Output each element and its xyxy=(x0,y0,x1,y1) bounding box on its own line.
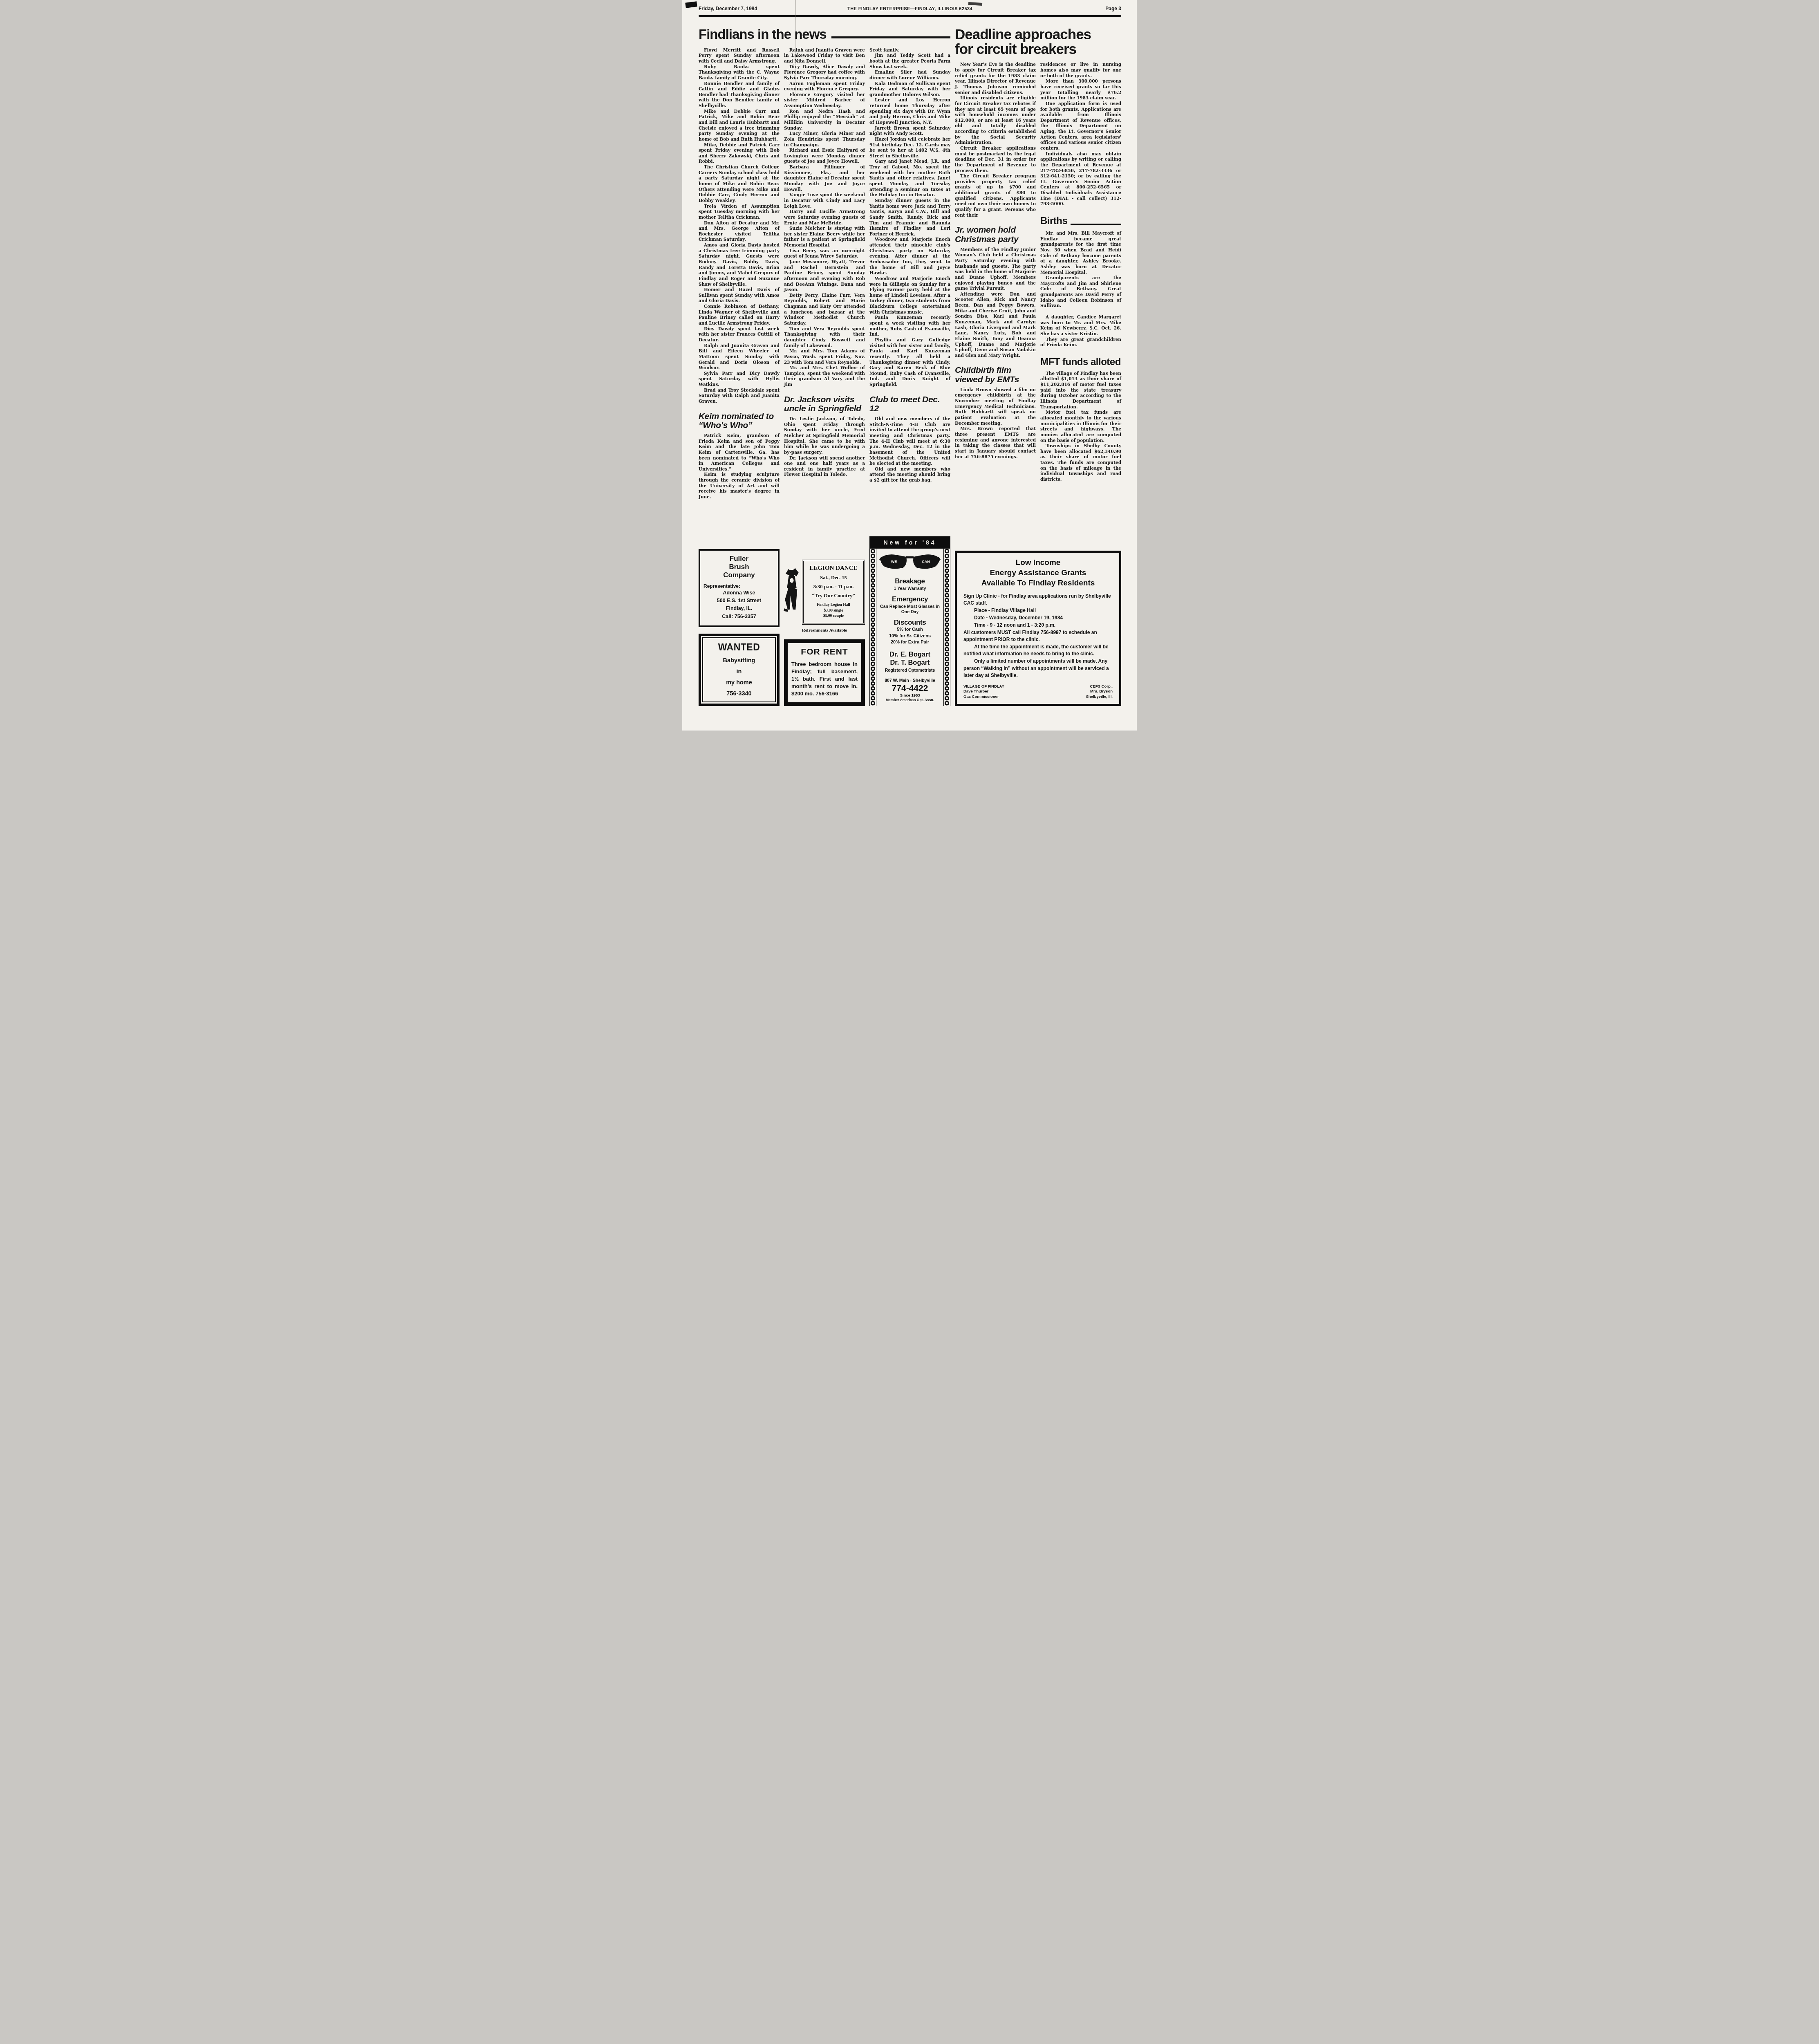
page-number: Page 3 xyxy=(1023,6,1121,11)
ad-title: Low Income Energy Assistance Grants Avai… xyxy=(963,558,1113,588)
ad-tagline: “Try Our Country” xyxy=(805,593,862,599)
mft-text: The village of Findlay has been allotted… xyxy=(1040,371,1121,483)
paragraph: Jane Messmore, Wyatt, Trevor and Rachel … xyxy=(784,260,865,293)
ad-text: Babysittinginmy home756-3340 xyxy=(703,657,775,697)
paragraph: Individuals also may obtain applications… xyxy=(1040,152,1121,207)
new-for-84-banner: New for '84 xyxy=(869,536,950,549)
paragraph: Gary and Janet Mead, J.R. and Troy of Ca… xyxy=(869,159,950,198)
paragraph: 20% for Extra Pair xyxy=(877,639,943,645)
paragraph: Tom and Vera Reynolds spent Thanksgiving… xyxy=(784,327,865,349)
ad-text: - Wednesday, December 19, 1984 xyxy=(985,615,1063,621)
headline-rule xyxy=(1071,224,1121,225)
paragraph: New Year's Eve is the deadline to apply … xyxy=(955,62,1036,96)
ad-title-line: Low Income xyxy=(963,558,1113,568)
keim-text: Patrick Keim, grandson of Frieda Keim an… xyxy=(699,433,780,500)
births-text-1: Mr. and Mrs. Bill Maycroft of Findlay be… xyxy=(1040,231,1121,309)
ad-date: Sat., Dec. 15 xyxy=(805,575,862,581)
column-3: Scott family.Jim and Teddy Scott had a b… xyxy=(869,48,950,706)
bold-label: Time xyxy=(974,622,986,628)
ad-footer: VILLAGE OF FINDLAY Dave Thurber Gas Comm… xyxy=(963,684,1113,700)
paragraph: Suzie Melcher is staying with her sister… xyxy=(784,226,865,249)
paragraph: Emaline Siler had Sunday dinner with Lor… xyxy=(869,70,950,81)
paragraph: Keim is studying sculpture through the c… xyxy=(699,472,780,500)
births-headline: Births xyxy=(1040,215,1067,227)
headline-rule xyxy=(831,36,950,38)
bold-label: PRIOR xyxy=(994,637,1010,642)
for-rent-ad: FOR RENT Three bedroom house in Findlay;… xyxy=(784,639,865,706)
ad-text: 1 Year Warranty xyxy=(877,586,943,592)
place-line: Place - Findlay Village Hall xyxy=(974,607,1113,614)
paragraph: Members of the Findlay Junior Woman's Cl… xyxy=(955,247,1036,292)
ad-text: Three bedroom house in Findlay; full bas… xyxy=(791,661,858,697)
ad-text: Mrs. Bryson xyxy=(1086,689,1113,695)
findlians-col1-text: Floyd Merritt and Russell Perry spent Su… xyxy=(699,48,780,405)
paragraph: Dicy Dawdy spent last week with her sist… xyxy=(699,327,780,343)
deadline-columns: New Year's Eve is the deadline to apply … xyxy=(955,62,1121,551)
spacer xyxy=(1040,309,1121,315)
ad-price: $3.00 single xyxy=(805,608,862,614)
deadline-section: Deadline approaches for circuit breakers… xyxy=(955,27,1121,706)
bogart-ad-content: WE CAN Breakage 1 Year Warranty Emergenc… xyxy=(876,549,943,706)
paragraph: my home xyxy=(703,679,775,686)
ad-text: Since 1953 xyxy=(877,693,943,698)
ad-address: Findlay, IL. xyxy=(703,605,775,612)
findlians-headline: Findlians in the news xyxy=(699,27,827,41)
paragraph: Sylvia Parr and Dicy Dawdy spent Saturda… xyxy=(699,371,780,388)
signup-clinic-line: Sign Up Clinic - for Findlay area applic… xyxy=(963,593,1113,607)
births-text-2: A daughter, Candice Margaret was born to… xyxy=(1040,315,1121,348)
paragraph: Paula Kunzeman recently spent a week vis… xyxy=(869,315,950,338)
paragraph: Trela Virden of Assumption spent Tuesday… xyxy=(699,204,780,221)
page-content: Findlians in the news Floyd Merritt and … xyxy=(699,27,1121,706)
paragraph: Connie Robinson of Bethany, Linda Wagner… xyxy=(699,304,780,327)
lens-text-right: CAN xyxy=(922,560,930,564)
paragraph: The village of Findlay has been allotted… xyxy=(1040,371,1121,410)
club-headline: Club to meet Dec. 12 xyxy=(869,395,950,414)
paragraph: Old and new members who attend the meeti… xyxy=(869,467,950,484)
paragraph: Lester and Loy Herron returned home Thur… xyxy=(869,98,950,126)
paragraph: Motor fuel tax funds are allocated month… xyxy=(1040,410,1121,444)
energy-assistance-ad: Low Income Energy Assistance Grants Avai… xyxy=(955,551,1121,706)
fuller-brush-ad: Fuller Brush Company Representative: Ado… xyxy=(699,549,780,627)
ad-text: Registered Optometrists xyxy=(877,668,943,673)
representative-name: Adonna Wise xyxy=(703,589,775,597)
ad-paragraph: At the time the appointment is made, the… xyxy=(963,643,1113,657)
deadline-colB-text: residences or live in nursing homes also… xyxy=(1040,62,1121,207)
newspaper-page: Friday, December 7, 1984 THE FINDLAY ENT… xyxy=(682,0,1137,731)
ad-text: Can Replace Most Glasses in One Day xyxy=(877,604,943,615)
paragraph: The Christian Church College Careers Sun… xyxy=(699,165,780,204)
bogart-optometrist-ad: New for '84 WE CAN xyxy=(869,536,950,706)
ad-text: Gas Commissioner xyxy=(963,695,1004,700)
column-5: residences or live in nursing homes also… xyxy=(1040,62,1121,551)
must-call-line: All customers MUST call Findlay 756-8997… xyxy=(963,629,1113,643)
paragraph: Lisa Beery was an overnight guest of Jen… xyxy=(784,249,865,260)
paragraph: Homer and Hazel Davis of Sullivan spent … xyxy=(699,287,780,304)
header-rule xyxy=(699,15,1121,17)
ad-price: $5.00 couple xyxy=(805,614,862,619)
paragraph: The Circuit Breaker program provides pro… xyxy=(955,174,1036,218)
ad-title-line: Energy Assistance Grants xyxy=(963,568,1113,578)
paragraph: Mr. and Mrs. Bill Maycroft of Findlay be… xyxy=(1040,231,1121,276)
findlians-section: Findlians in the news Floyd Merritt and … xyxy=(699,27,950,706)
lens-text-left: WE xyxy=(891,560,897,564)
ad-address: 807 W. Main - Shelbyville xyxy=(877,678,943,683)
ad-body: Sign Up Clinic - for Findlay area applic… xyxy=(963,593,1113,679)
bold-label: MUST xyxy=(997,630,1011,635)
ad-address: 500 E.S. 1st Street xyxy=(703,597,775,605)
date-line: Date - Wednesday, December 19, 1984 xyxy=(974,614,1113,621)
doctor-name: Dr. E. Bogart xyxy=(877,651,943,659)
masthead: THE FINDLAY ENTERPRISE—FINDLAY, ILLINOIS… xyxy=(797,7,1023,11)
bold-label: Date xyxy=(974,615,985,621)
mft-headline: MFT funds alloted xyxy=(1040,356,1121,368)
ad-time: 8:30 p.m. - 11 p.m. xyxy=(805,584,862,590)
ad-title: LEGION DANCE xyxy=(805,565,862,572)
paragraph: Linda Brown showed a film on emergency c… xyxy=(955,388,1036,426)
childbirth-text: Linda Brown showed a film on emergency c… xyxy=(955,388,1036,460)
jr-women-text: Members of the Findlay Junior Woman's Cl… xyxy=(955,247,1036,359)
scan-artifact xyxy=(968,2,982,6)
paragraph: They are great grandchildren of Frieda K… xyxy=(1040,337,1121,348)
ad-text: - 9 - 12 noon and 1 - 3:20 p.m. xyxy=(986,622,1055,628)
paragraph: 756-3340 xyxy=(703,690,775,697)
paragraph: Mr. and Mrs. Tom Adams of Pasco, Wash. s… xyxy=(784,349,865,365)
ad-paragraph: Only a limited number of appointments wi… xyxy=(963,658,1113,679)
time-line: Time - 9 - 12 noon and 1 - 3:20 p.m. xyxy=(974,622,1113,629)
findlians-col3-text: Scott family.Jim and Teddy Scott had a b… xyxy=(869,48,950,388)
ad-phone: Call: 756-3357 xyxy=(703,613,775,621)
column-1: Floyd Merritt and Russell Perry spent Su… xyxy=(699,48,780,706)
ad-heading: Emergency xyxy=(877,595,943,603)
paragraph: Floyd Merritt and Russell Perry spent Su… xyxy=(699,48,780,65)
deadline-headline: Deadline approaches for circuit breakers xyxy=(955,27,1121,56)
keim-headline: Keim nominated to “Who's Who” xyxy=(699,412,780,430)
paragraph: Circuit Breaker applications must be pos… xyxy=(955,146,1036,174)
scan-artifact xyxy=(795,0,796,123)
paragraph: 10% for Sr. Citizens xyxy=(877,633,943,639)
paragraph: Townships in Shelby County have been all… xyxy=(1040,444,1121,482)
ad-text: - Findlay Village Hall xyxy=(987,607,1036,613)
jr-women-headline: Jr. women hold Christmas party xyxy=(955,226,1036,244)
ad-text: Shelbyville, Ill. xyxy=(1086,695,1113,700)
club-text: Old and new members of the Stitch-N-Time… xyxy=(869,417,950,484)
representative-label: Representative: xyxy=(703,583,775,589)
legion-dance-ad: LEGION DANCE Sat., Dec. 15 8:30 p.m. - 1… xyxy=(784,560,865,633)
deadline-colA-text: New Year's Eve is the deadline to apply … xyxy=(955,62,1036,218)
jackson-text: Dr. Leslie Jackson, of Toledo, Ohio spen… xyxy=(784,417,865,478)
doctor-name: Dr. T. Bogart xyxy=(877,659,943,667)
decorative-border xyxy=(943,549,950,706)
legion-dance-box: LEGION DANCE Sat., Dec. 15 8:30 p.m. - 1… xyxy=(802,560,865,625)
paragraph: Harry and Lucille Armstrong were Saturda… xyxy=(784,209,865,226)
paragraph: Patrick Keim, grandson of Frieda Keim an… xyxy=(699,433,780,472)
cefs-signature: CEFS Corp., Mrs. Bryson Shelbyville, Ill… xyxy=(1086,684,1113,700)
jackson-headline: Dr. Jackson visits uncle in Springfield xyxy=(784,395,865,414)
paragraph: Mrs. Brown reported that three present E… xyxy=(955,426,1036,460)
paragraph: 5% for Cash xyxy=(877,627,943,633)
dancer-silhouette-icon xyxy=(782,566,802,614)
headline-line: Deadline approaches xyxy=(955,27,1121,42)
paragraph: Vangie Love spent the weekend in Decatur… xyxy=(784,193,865,209)
paragraph: Ronnie Bendler and family of Catlin and … xyxy=(699,81,780,109)
village-signature: VILLAGE OF FINDLAY Dave Thurber Gas Comm… xyxy=(963,684,1004,700)
paragraph: Dr. Leslie Jackson, of Toledo, Ohio spen… xyxy=(784,417,865,455)
paragraph: Jarrett Brown spent Saturday night with … xyxy=(869,126,950,137)
paragraph: Mike and Debbie Carr and Patrick, Mike a… xyxy=(699,109,780,143)
fuller-brush-name: Fuller Brush Company xyxy=(703,555,775,579)
paragraph: Old and new members of the Stitch-N-Time… xyxy=(869,417,950,467)
paragraph: Hazel Jordan will celebrate her 91st bir… xyxy=(869,137,950,159)
babysitting-wanted-ad: WANTED Babysittinginmy home756-3340 xyxy=(699,634,780,706)
decorative-border xyxy=(869,549,876,706)
discount-list: 5% for Cash10% for Sr. Citizens20% for E… xyxy=(877,627,943,645)
paragraph: Don Alton of Decatur and Mr. and Mrs. Ge… xyxy=(699,221,780,243)
paragraph: Mr. and Mrs. Chet Wolber of Tampico, spe… xyxy=(784,365,865,388)
paragraph: Woodrow and Marjorie Enoch attended thei… xyxy=(869,237,950,276)
ad-text: All customers xyxy=(963,630,997,635)
ad-text: to the clinic. xyxy=(1010,637,1039,642)
column-4: New Year's Eve is the deadline to apply … xyxy=(955,62,1036,551)
ad-text: Dave Thurber xyxy=(963,689,1004,695)
paragraph: Scott family. xyxy=(869,48,950,54)
ad-text: Brush xyxy=(703,563,775,571)
paragraph: Mike, Debbie and Patrick Carr spent Frid… xyxy=(699,143,780,165)
bold-label: Place xyxy=(974,607,987,613)
ad-text: VILLAGE OF FINDLAY xyxy=(963,684,1004,690)
ad-text: Fuller xyxy=(703,555,775,563)
headline-line: for circuit breakers xyxy=(955,42,1121,57)
paragraph: Ralph and Juanita Graven and Bill and Ei… xyxy=(699,343,780,371)
paragraph: Brad and Troy Stockdale spent Saturday w… xyxy=(699,388,780,405)
ad-heading: Discounts xyxy=(877,619,943,627)
page-header: Friday, December 7, 1984 THE FINDLAY ENT… xyxy=(699,6,1121,11)
ad-phone: 774-4422 xyxy=(877,684,943,693)
paragraph: More than 300,000 persons have received … xyxy=(1040,79,1121,101)
ad-heading: Breakage xyxy=(877,577,943,585)
paragraph: Grandparents are the Maycrofts and Jim a… xyxy=(1040,276,1121,309)
paragraph: Illinois residents are eligible for Circ… xyxy=(955,96,1036,146)
glasses-icon: WE CAN xyxy=(879,552,941,572)
births-headline-row: Births xyxy=(1040,215,1121,227)
ad-text: CEFS Corp., xyxy=(1086,684,1113,690)
ad-text: Findlay Legion Hall xyxy=(805,603,862,608)
paragraph: Woodrow and Marjorie Enoch were in Gilli… xyxy=(869,276,950,315)
bogart-ad-body: WE CAN Breakage 1 Year Warranty Emergenc… xyxy=(869,549,950,706)
ad-title: FOR RENT xyxy=(791,647,858,657)
paragraph: A daughter, Candice Margaret was born to… xyxy=(1040,315,1121,337)
paragraph: Babysitting xyxy=(703,657,775,664)
findlians-headline-row: Findlians in the news xyxy=(699,27,950,41)
ad-title-line: Available To Findlay Residents xyxy=(963,578,1113,588)
paragraph: Amos and Gloria Davis hosted a Christmas… xyxy=(699,243,780,287)
column-2: Ralph and Juanita Graven were in Lakewoo… xyxy=(784,48,865,706)
bold-label: Sign Up Clinic xyxy=(963,593,997,599)
paragraph: in xyxy=(703,668,775,675)
paragraph: Phyllis and Gary Gulledge visited with h… xyxy=(869,338,950,388)
paragraph: Barbara Fillinger of Kissimmee, Fla., an… xyxy=(784,165,865,193)
findlians-columns: Floyd Merritt and Russell Perry spent Su… xyxy=(699,48,950,706)
paragraph: Sunday dinner guests in the Yantis home … xyxy=(869,198,950,237)
issue-date: Friday, December 7, 1984 xyxy=(699,6,797,11)
paragraph: One application form is used for both gr… xyxy=(1040,101,1121,152)
paragraph: Ruby Banks spent Thanksgiving with the C… xyxy=(699,65,780,81)
childbirth-headline: Childbirth film viewed by EMTs xyxy=(955,366,1036,384)
ad-venue: Findlay Legion Hall $3.00 single $5.00 c… xyxy=(805,603,862,619)
ad-title: WANTED xyxy=(703,642,775,653)
ad-text: Company xyxy=(703,571,775,579)
paragraph: residences or live in nursing homes also… xyxy=(1040,62,1121,79)
ad-text: Member American Opt. Assn. xyxy=(877,698,943,702)
paragraph: Dr. Jackson will spend another one and o… xyxy=(784,456,865,478)
paragraph: Jim and Teddy Scott had a booth at the g… xyxy=(869,53,950,70)
paragraph: Betty Perry, Elaine Furr, Vera Reynolds,… xyxy=(784,293,865,327)
paragraph: Lucy Miner, Gloria Miner and Zola Hendri… xyxy=(784,131,865,148)
refreshments-note: Refreshments Available xyxy=(784,628,865,633)
paragraph: Richard and Essie Halfyard of Lovington … xyxy=(784,148,865,165)
paragraph: Kala Dedman of Sullivan spent Friday and… xyxy=(869,81,950,98)
paragraph: Attending were Don and Scooter Allen, Ri… xyxy=(955,292,1036,359)
scan-artifact xyxy=(685,1,697,8)
